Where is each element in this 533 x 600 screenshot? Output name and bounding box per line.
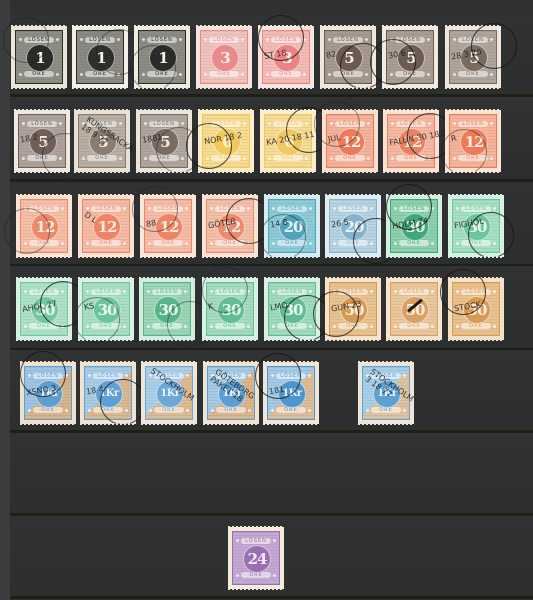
stamp-top-label: LÖSEN [91, 206, 121, 212]
ornament-dot [59, 157, 62, 160]
ornament-dot [370, 207, 373, 210]
ornament-dot [365, 73, 368, 76]
denomination-numeral: 6 [275, 128, 303, 156]
ornament-dot [181, 157, 184, 160]
stamp-1kr-ore[interactable]: LÖSENÖRE1KrSTOCKHOLM [141, 362, 197, 424]
stamp-design: LÖSENÖRE1Kr [84, 366, 132, 420]
ornament-dot [453, 73, 456, 76]
ornament-dot [56, 38, 59, 41]
denomination-numeral: 30 [93, 296, 121, 324]
stamp-3-ore[interactable]: LÖSENÖRE3 [196, 26, 252, 88]
page-binding-edge [0, 0, 10, 600]
ornament-dot [61, 290, 64, 293]
ornament-dot [272, 290, 275, 293]
ornament-dot [394, 290, 397, 293]
ornament-dot [56, 73, 59, 76]
stamp-top-label: LÖSEN [277, 206, 307, 212]
ornament-dot [211, 374, 214, 377]
ornament-dot [28, 374, 31, 377]
stamp-top-label: LÖSEN [458, 121, 488, 127]
ornament-dot [367, 122, 370, 125]
ornament-dot [125, 374, 128, 377]
stamp-design: LÖSENÖRE5 [324, 30, 372, 84]
ornament-dot [456, 207, 459, 210]
ornament-dot [147, 325, 150, 328]
ornament-dot [247, 242, 250, 245]
ornament-dot [309, 325, 312, 328]
ornament-dot [206, 122, 209, 125]
ornament-dot [305, 122, 308, 125]
stamp-top-label: LÖSEN [215, 289, 245, 295]
album-strip-6 [10, 433, 533, 516]
stamp-12-ore[interactable]: LÖSENÖRE1288 [140, 195, 196, 257]
stamp-24-ore[interactable]: LÖSENÖRE24 [228, 527, 284, 589]
denomination-numeral: 1Kr [218, 380, 246, 408]
stamp-5-ore[interactable]: LÖSENÖRE518 2 [14, 110, 70, 172]
ornament-dot [86, 242, 89, 245]
ornament-dot [370, 325, 373, 328]
stamp-design: LÖSENÖRE30 [390, 199, 438, 253]
denomination-numeral: 1Kr [373, 380, 401, 408]
ornament-dot [248, 374, 251, 377]
ornament-dot [394, 242, 397, 245]
stamp-design: LÖSENÖRE12 [144, 199, 192, 253]
ornament-dot [80, 38, 83, 41]
stamp-top-label: LÖSEN [241, 538, 271, 544]
ornament-dot [186, 409, 189, 412]
ornament-dot [247, 207, 250, 210]
stamp-design: LÖSENÖRE30 [268, 282, 316, 336]
ornament-dot [453, 122, 456, 125]
ornament-dot [271, 409, 274, 412]
ornament-dot [236, 574, 239, 577]
stamp-top-label: LÖSEN [461, 206, 491, 212]
stamp-design: LÖSENÖRE20 [268, 199, 316, 253]
ornament-dot [247, 325, 250, 328]
stamp-5-ore[interactable]: LÖSENÖRE530 6 [382, 26, 438, 88]
ornament-dot [272, 207, 275, 210]
ornament-dot [268, 122, 271, 125]
ornament-dot [266, 73, 269, 76]
stamp-design: LÖSENÖRE3 [262, 30, 310, 84]
stamp-design: LÖSENÖRE1Kr [207, 366, 255, 420]
denomination-numeral: 50 [463, 296, 491, 324]
stamp-design: LÖSENÖRE50 [452, 282, 500, 336]
denomination-numeral: 3 [273, 44, 301, 72]
ornament-dot [428, 157, 431, 160]
stamp-design: LÖSENÖRE24 [232, 531, 280, 585]
ornament-dot [24, 325, 27, 328]
stamp-30-ore[interactable]: LÖSENÖRE30HOLM 74 [386, 195, 442, 257]
stamp-12-ore[interactable]: LÖSENÖRE12GÖTEB [202, 195, 258, 257]
ornament-dot [453, 157, 456, 160]
stamp-top-label: LÖSEN [273, 121, 303, 127]
ornament-dot [22, 157, 25, 160]
stamp-50-ore[interactable]: LÖSENÖRE50 [386, 278, 442, 340]
stamp-top-label: LÖSEN [271, 37, 301, 43]
ornament-dot [243, 157, 246, 160]
stamp-30-ore[interactable]: LÖSENÖRE30AHOL 27 [16, 278, 72, 340]
denomination-numeral: 5 [29, 128, 57, 156]
stamp-design: LÖSENÖRE12 [206, 199, 254, 253]
ornament-dot [28, 409, 31, 412]
stamp-top-label: LÖSEN [27, 121, 57, 127]
stamp-12-ore[interactable]: LÖSENÖRE12JUL [322, 110, 378, 172]
stamp-design: LÖSENÖRE1Kr [267, 366, 315, 420]
ornament-dot [403, 374, 406, 377]
ornament-dot [210, 207, 213, 210]
stamp-top-label: LÖSEN [87, 121, 117, 127]
denomination-numeral: 12 [217, 213, 245, 241]
ornament-dot [391, 157, 394, 160]
ornament-dot [82, 157, 85, 160]
ornament-dot [241, 73, 244, 76]
ornament-dot [431, 242, 434, 245]
ornament-dot [149, 409, 152, 412]
ornament-dot [456, 325, 459, 328]
denomination-numeral: 5 [460, 44, 488, 72]
stamp-top-label: LÖSEN [395, 37, 425, 43]
stamp-top-label: LÖSEN [338, 289, 368, 295]
stamp-top-label: LÖSEN [399, 289, 429, 295]
stamp-50-ore[interactable]: LÖSENÖRE50GUN 23 [325, 278, 381, 340]
stamp-30-ore[interactable]: LÖSENÖRE30LMO [264, 278, 320, 340]
ornament-dot [391, 122, 394, 125]
ornament-dot [86, 207, 89, 210]
ornament-dot [241, 38, 244, 41]
denomination-numeral: 1Kr [95, 380, 123, 408]
denomination-numeral: 5 [335, 44, 363, 72]
denomination-numeral: 1 [26, 44, 54, 72]
ornament-dot [88, 409, 91, 412]
stamp-30-ore[interactable]: LÖSENÖRE30FIGHOL [448, 195, 504, 257]
stamp-top-label: LÖSEN [29, 206, 59, 212]
denomination-numeral: 30 [279, 296, 307, 324]
ornament-dot [147, 290, 150, 293]
ornament-dot [303, 73, 306, 76]
denomination-numeral: 1 [87, 44, 115, 72]
stamp-top-label: LÖSEN [338, 206, 368, 212]
stamp-12-ore[interactable]: LÖSENÖRE12 [16, 195, 72, 257]
ornament-dot [65, 374, 68, 377]
ornament-dot [184, 290, 187, 293]
ornament-dot [179, 73, 182, 76]
stamp-1kr-ore[interactable]: LÖSENÖRE1KrXSNO 3 [20, 362, 76, 424]
ornament-dot [142, 38, 145, 41]
ornament-dot [456, 242, 459, 245]
denomination-numeral: 5 [151, 128, 179, 156]
denomination-numeral: 3 [211, 44, 239, 72]
stamp-top-label: LÖSEN [209, 37, 239, 43]
denomination-numeral: 1Kr [278, 380, 306, 408]
denomination-numeral: 1Kr [35, 380, 63, 408]
stamp-1kr-ore[interactable]: LÖSENÖRE1Kr18 4 [80, 362, 136, 424]
stamp-top-label: LÖSEN [147, 37, 177, 43]
stamp-12-ore[interactable]: LÖSENÖRE12D L [78, 195, 134, 257]
stamp-design: LÖSENÖRE12 [387, 114, 435, 168]
ornament-dot [493, 242, 496, 245]
ornament-dot [309, 242, 312, 245]
denomination-numeral: 20 [340, 213, 368, 241]
stamp-12-ore[interactable]: LÖSENÖRE12R [445, 110, 501, 172]
denomination-numeral: 24 [243, 545, 271, 573]
denomination-numeral: 30 [154, 296, 182, 324]
stamp-top-label: LÖSEN [277, 289, 307, 295]
stamp-top-label: LÖSEN [371, 373, 401, 379]
ornament-dot [88, 374, 91, 377]
stamp-design: LÖSENÖRE12 [20, 199, 68, 253]
stamp-design: LÖSENÖRE30 [206, 282, 254, 336]
ornament-dot [142, 73, 145, 76]
ornament-dot [273, 574, 276, 577]
ornament-dot [123, 207, 126, 210]
stamp-top-label: LÖSEN [335, 121, 365, 127]
ornament-dot [390, 73, 393, 76]
ornament-dot [366, 409, 369, 412]
ornament-dot [330, 157, 333, 160]
stamp-top-label: LÖSEN [29, 289, 59, 295]
ornament-dot [309, 290, 312, 293]
ornament-dot [431, 207, 434, 210]
stamp-design: LÖSENÖRE1 [76, 30, 124, 84]
stamp-1-ore[interactable]: LÖSENÖRE1 [134, 26, 190, 88]
stamp-5-ore[interactable]: LÖSENÖRE528 3 70 [445, 26, 501, 88]
stamp-design: LÖSENÖRE1Kr [24, 366, 72, 420]
ornament-dot [184, 325, 187, 328]
ornament-dot [204, 73, 207, 76]
ornament-dot [210, 242, 213, 245]
denomination-numeral: 12 [31, 213, 59, 241]
ornament-dot [236, 539, 239, 542]
stamp-30-ore[interactable]: LÖSENÖRE30KS [78, 278, 134, 340]
ornament-dot [266, 38, 269, 41]
ornament-dot [394, 207, 397, 210]
ornament-dot [328, 38, 331, 41]
stamp-12-ore[interactable]: LÖSENÖRE12FALUN 30 18 1 [383, 110, 439, 172]
stamp-top-label: LÖSEN [24, 37, 54, 43]
ornament-dot [185, 242, 188, 245]
stamp-1kr-ore[interactable]: LÖSENÖRE1KrSTOCKHOLM 3 18 77 [358, 362, 414, 424]
ornament-dot [365, 38, 368, 41]
ornament-dot [493, 325, 496, 328]
ornament-dot [333, 207, 336, 210]
ornament-dot [148, 242, 151, 245]
ornament-dot [272, 242, 275, 245]
ornament-dot [186, 374, 189, 377]
stamp-design: LÖSENÖRE30 [82, 282, 130, 336]
ornament-dot [61, 242, 64, 245]
stamp-5-ore[interactable]: LÖSENÖRE5KUNGSBACKA 18 9 77 [74, 110, 130, 172]
stamp-design: LÖSENÖRE30 [143, 282, 191, 336]
stamp-design: LÖSENÖRE5 [18, 114, 66, 168]
ornament-dot [456, 290, 459, 293]
stamp-top-label: LÖSEN [276, 373, 306, 379]
stamp-top-label: LÖSEN [85, 37, 115, 43]
stamp-top-label: LÖSEN [153, 206, 183, 212]
stamp-design: LÖSENÖRE5 [449, 30, 497, 84]
album-page: LÖSENÖRE1LÖSENÖRE1LÖSENÖRE1LÖSENÖRE3LÖSE… [0, 0, 533, 600]
ornament-dot [431, 290, 434, 293]
ornament-dot [65, 409, 68, 412]
ornament-dot [179, 38, 182, 41]
ornament-dot [308, 374, 311, 377]
denomination-numeral: 30 [401, 213, 429, 241]
stamp-5-ore[interactable]: LÖSENÖRE582 [320, 26, 376, 88]
denomination-numeral: 1 [149, 44, 177, 72]
stamp-top-label: LÖSEN [458, 37, 488, 43]
stamp-top-label: LÖSEN [154, 373, 184, 379]
denomination-numeral: 1Kr [156, 380, 184, 408]
denomination-numeral: 12 [337, 128, 365, 156]
stamp-design: LÖSENÖRE12 [82, 199, 130, 253]
ornament-dot [309, 207, 312, 210]
ornament-dot [330, 122, 333, 125]
ornament-dot [123, 242, 126, 245]
ornament-dot [308, 409, 311, 412]
stamp-design: LÖSENÖRE50 [390, 282, 438, 336]
stamp-top-label: LÖSEN [152, 289, 182, 295]
ornament-dot [272, 325, 275, 328]
ornament-dot [303, 38, 306, 41]
denomination-numeral: 12 [155, 213, 183, 241]
stamp-design: LÖSENÖRE50 [329, 282, 377, 336]
stamp-top-label: LÖSEN [216, 373, 246, 379]
denomination-numeral: 12 [93, 213, 121, 241]
denomination-numeral: 12 [460, 128, 488, 156]
ornament-dot [390, 38, 393, 41]
stamp-design: LÖSENÖRE5 [386, 30, 434, 84]
ornament-dot [370, 242, 373, 245]
ornament-dot [431, 325, 434, 328]
ornament-dot [123, 290, 126, 293]
stamp-design: LÖSENÖRE1 [138, 30, 186, 84]
ornament-dot [247, 290, 250, 293]
stamp-30-ore[interactable]: LÖSENÖRE30 [139, 278, 195, 340]
ornament-dot [305, 157, 308, 160]
ornament-dot [428, 122, 431, 125]
stamp-20-ore[interactable]: LÖSENÖRE2026 5 [325, 195, 381, 257]
denomination-numeral: 12 [398, 128, 426, 156]
ornament-dot [333, 290, 336, 293]
ornament-dot [493, 290, 496, 293]
stamp-6-ore[interactable]: LÖSENÖRE6NOR 18 2 [198, 110, 254, 172]
denomination-numeral: 50 [401, 296, 429, 324]
stamp-design: LÖSENÖRE5 [78, 114, 126, 168]
ornament-dot [427, 38, 430, 41]
ornament-dot [248, 409, 251, 412]
ornament-dot [273, 539, 276, 542]
denomination-numeral: 5 [397, 44, 425, 72]
denomination-numeral: 50 [340, 296, 368, 324]
stamp-design: LÖSENÖRE1Kr [362, 366, 410, 420]
ornament-dot [394, 325, 397, 328]
ornament-dot [117, 38, 120, 41]
ornament-dot [333, 325, 336, 328]
stamp-design: LÖSENÖRE3 [200, 30, 248, 84]
stamp-top-label: LÖSEN [91, 289, 121, 295]
stamp-3-ore[interactable]: LÖSENÖRE3ST 18 [258, 26, 314, 88]
ornament-dot [144, 157, 147, 160]
ornament-dot [80, 73, 83, 76]
ornament-dot [370, 290, 373, 293]
stamp-50-ore[interactable]: LÖSENÖRE50STOCK [448, 278, 504, 340]
ornament-dot [181, 122, 184, 125]
denomination-numeral: 30 [31, 296, 59, 324]
ornament-dot [22, 122, 25, 125]
ornament-dot [403, 409, 406, 412]
ornament-dot [59, 122, 62, 125]
ornament-dot [144, 122, 147, 125]
ornament-dot [19, 38, 22, 41]
ornament-dot [19, 73, 22, 76]
denomination-numeral: 30 [463, 213, 491, 241]
denomination-numeral: 30 [217, 296, 245, 324]
stamp-top-label: LÖSEN [399, 206, 429, 212]
ornament-dot [82, 122, 85, 125]
ornament-dot [185, 207, 188, 210]
ornament-dot [328, 73, 331, 76]
stamp-1kr-ore[interactable]: LÖSENÖRE1Kr181 [263, 362, 319, 424]
stamp-1-ore[interactable]: LÖSENÖRE1 [72, 26, 128, 88]
ornament-dot [61, 325, 64, 328]
stamp-design: LÖSENÖRE1Kr [145, 366, 193, 420]
stamp-top-label: LÖSEN [215, 206, 245, 212]
stamp-top-label: LÖSEN [461, 289, 491, 295]
ornament-dot [243, 122, 246, 125]
stamp-design: LÖSENÖRE12 [326, 114, 374, 168]
ornament-dot [206, 157, 209, 160]
ornament-dot [149, 374, 152, 377]
ornament-dot [490, 157, 493, 160]
stamp-top-label: LÖSEN [333, 37, 363, 43]
stamp-30-ore[interactable]: LÖSENÖRE30K [202, 278, 258, 340]
ornament-dot [211, 409, 214, 412]
ornament-dot [86, 290, 89, 293]
ornament-dot [204, 38, 207, 41]
stamp-top-label: LÖSEN [149, 121, 179, 127]
ornament-dot [268, 157, 271, 160]
ornament-dot [123, 325, 126, 328]
ornament-dot [453, 38, 456, 41]
ornament-dot [490, 73, 493, 76]
ornament-dot [427, 73, 430, 76]
ornament-dot [119, 122, 122, 125]
stamp-design: LÖSENÖRE1 [15, 30, 63, 84]
stamp-6-ore[interactable]: LÖSENÖRE6KA 20 18 11 [260, 110, 316, 172]
ornament-dot [210, 325, 213, 328]
stamp-5-ore[interactable]: LÖSENÖRE51881 [136, 110, 192, 172]
stamp-top-label: LÖSEN [93, 373, 123, 379]
stamp-top-label: LÖSEN [33, 373, 63, 379]
stamp-top-label: LÖSEN [396, 121, 426, 127]
denomination-numeral: 6 [213, 128, 241, 156]
ornament-dot [119, 157, 122, 160]
ornament-dot [490, 38, 493, 41]
ornament-dot [61, 207, 64, 210]
stamp-design: LÖSENÖRE30 [20, 282, 68, 336]
stamp-1-ore[interactable]: LÖSENÖRE1 [11, 26, 67, 88]
stamp-design: LÖSENÖRE6 [202, 114, 250, 168]
ornament-dot [333, 242, 336, 245]
ornament-dot [210, 290, 213, 293]
stamp-design: LÖSENÖRE12 [449, 114, 497, 168]
stamp-1kr-ore[interactable]: LÖSENÖRE1KrGÖTEBORG PAKET 18 [203, 362, 259, 424]
stamp-20-ore[interactable]: LÖSENÖRE2014 8 [264, 195, 320, 257]
denomination-numeral: 20 [279, 213, 307, 241]
ornament-dot [24, 242, 27, 245]
ornament-dot [490, 122, 493, 125]
ornament-dot [367, 157, 370, 160]
